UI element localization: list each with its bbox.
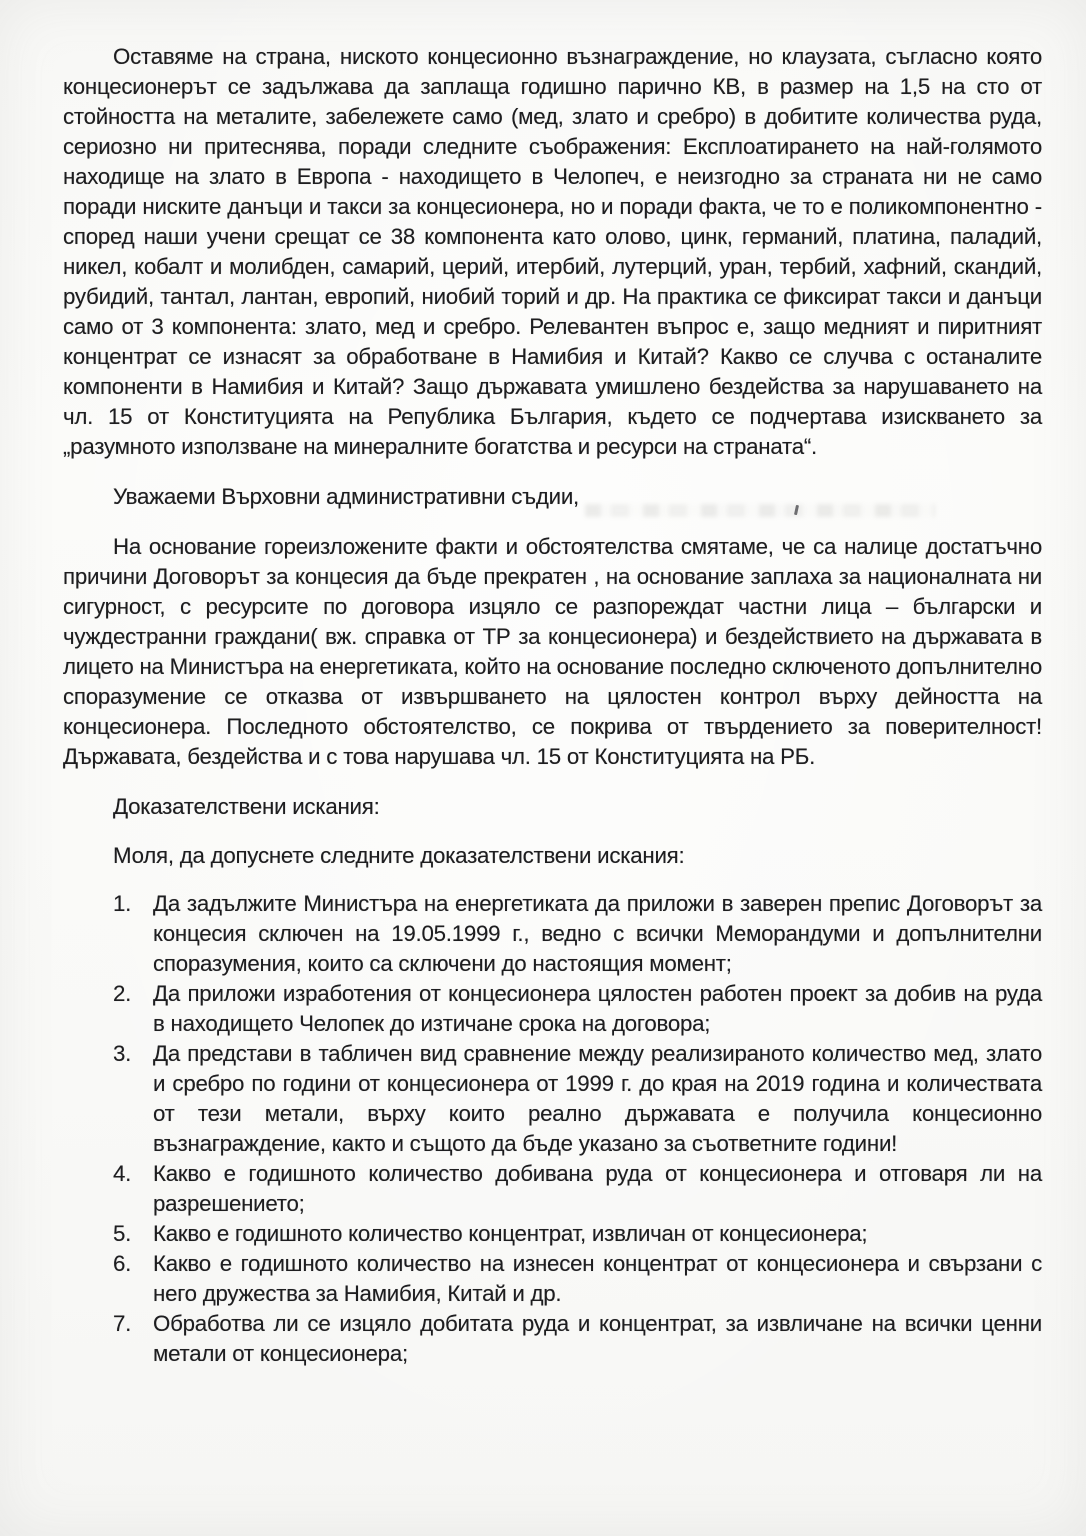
list-item-number: 1. [113,889,153,919]
evidence-request-list: 1. Да задължите Министъра на енергетикат… [113,889,1042,1369]
document-body: Оставяме на страна, ниското концесионно … [63,42,1042,1369]
list-item-number: 4. [113,1159,153,1189]
list-item-2: 2. Да приложи изработения от концесионер… [113,979,1042,1039]
list-item-4: 4. Какво е годишното количество добивана… [113,1159,1042,1219]
list-item-3: 3. Да представи в табличен вид сравнение… [113,1039,1042,1159]
list-item-text: Да представи в табличен вид сравнение ме… [153,1039,1042,1159]
list-item-number: 6. [113,1249,153,1279]
intro-evidence-requests: Моля, да допуснете следните доказателств… [63,841,1042,871]
scanned-document-page: Оставяме на страна, ниското концесионно … [0,0,1086,1536]
salutation-line: Уважаеми Върховни административни съдии, [63,482,1042,512]
list-item-text: Да приложи изработения от концесионера ц… [153,979,1042,1039]
list-item-7: 7. Обработва ли се изцяло добитата руда … [113,1309,1042,1369]
list-item-text: Да задължите Министъра на енергетиката д… [153,889,1042,979]
list-item-text: Какво е годишното количество на изнесен … [153,1249,1042,1309]
paragraph-termination-grounds: На основание гореизложените факти и обст… [63,532,1042,772]
list-item-5: 5. Какво е годишното количество концентр… [113,1219,1042,1249]
list-item-number: 2. [113,979,153,1009]
list-item-text: Какво е годишното количество концентрат,… [153,1219,1042,1249]
list-item-text: Какво е годишното количество добивана ру… [153,1159,1042,1219]
paragraph-concession-concerns: Оставяме на страна, ниското концесионно … [63,42,1042,462]
list-item-1: 1. Да задължите Министъра на енергетикат… [113,889,1042,979]
list-item-number: 7. [113,1309,153,1339]
list-item-number: 3. [113,1039,153,1069]
list-item-6: 6. Какво е годишното количество на изнес… [113,1249,1042,1309]
list-item-text: Обработва ли се изцяло добитата руда и к… [153,1309,1042,1369]
list-item-number: 5. [113,1219,153,1249]
heading-evidence-requests: Доказателствени искания: [63,792,1042,822]
